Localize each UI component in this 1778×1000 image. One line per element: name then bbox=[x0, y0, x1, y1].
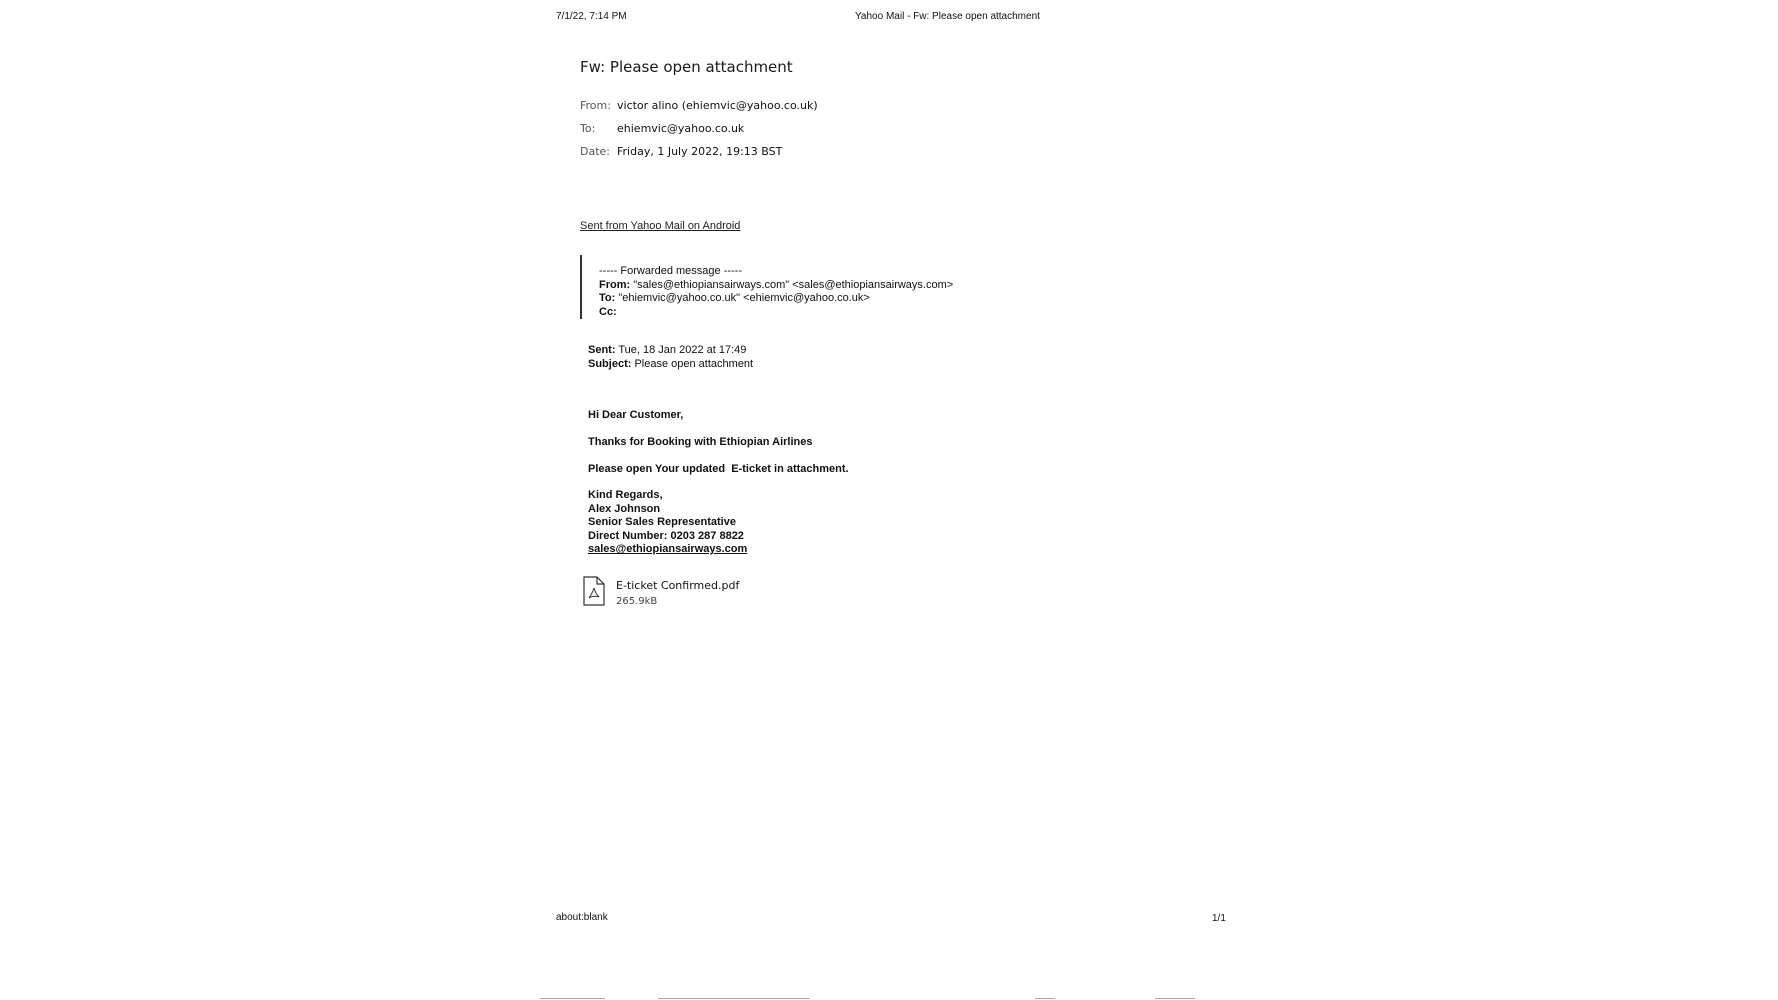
signature-title: Senior Sales Representative bbox=[588, 516, 747, 530]
to-label: To: bbox=[580, 122, 595, 135]
to-value: ehiemvic@yahoo.co.uk bbox=[617, 122, 744, 135]
pdf-file-icon[interactable] bbox=[582, 576, 606, 606]
forwarded-subject-label: Subject: bbox=[588, 358, 631, 370]
date-value: Friday, 1 July 2022, 19:13 BST bbox=[617, 145, 782, 158]
scan-artifact bbox=[1035, 998, 1055, 999]
signature-email-link[interactable]: sales@ethiopiansairways.com bbox=[588, 543, 747, 557]
date-label: Date: bbox=[580, 145, 610, 158]
forwarded-to: To: "ehiemvic@yahoo.co.uk" <ehiemvic@yah… bbox=[599, 292, 953, 306]
attachment-filename[interactable]: E-ticket Confirmed.pdf bbox=[616, 579, 739, 592]
forwarded-from-label: From: bbox=[599, 279, 630, 291]
forwarded-block: ----- Forwarded message ----- From: "sal… bbox=[599, 265, 953, 319]
forwarded-sent-label: Sent: bbox=[588, 344, 616, 356]
forwarded-cc-label: Cc: bbox=[599, 306, 617, 318]
signature-name: Alex Johnson bbox=[588, 503, 747, 517]
forwarded-subject-value: Please open attachment bbox=[634, 358, 753, 370]
forwarded-header: ----- Forwarded message ----- bbox=[599, 265, 953, 279]
from-label: From: bbox=[580, 99, 611, 112]
signature-block: Kind Regards, Alex Johnson Senior Sales … bbox=[588, 489, 747, 557]
signature-phone: Direct Number: 0203 287 8822 bbox=[588, 530, 747, 544]
scan-artifact bbox=[658, 998, 810, 999]
forwarded-sent: Sent: Tue, 18 Jan 2022 at 17:49 bbox=[588, 344, 753, 358]
body-line-1: Thanks for Booking with Ethiopian Airlin… bbox=[588, 436, 813, 448]
forwarded-sent-block: Sent: Tue, 18 Jan 2022 at 17:49 Subject:… bbox=[588, 344, 753, 371]
forwarded-from-value: "sales@ethiopiansairways.com" <sales@eth… bbox=[633, 279, 953, 291]
print-page-title: Yahoo Mail - Fw: Please open attachment bbox=[855, 11, 1040, 22]
forwarded-to-label: To: bbox=[599, 292, 615, 304]
signature-regards: Kind Regards, bbox=[588, 489, 747, 503]
forwarded-to-value: "ehiemvic@yahoo.co.uk" <ehiemvic@yahoo.c… bbox=[618, 292, 870, 304]
email-subject: Fw: Please open attachment bbox=[580, 58, 793, 76]
print-footer-page: 1/1 bbox=[1212, 913, 1226, 924]
forwarded-cc: Cc: bbox=[599, 306, 953, 320]
scan-artifact bbox=[1155, 998, 1195, 999]
forwarded-sent-value: Tue, 18 Jan 2022 at 17:49 bbox=[618, 344, 746, 356]
print-datetime: 7/1/22, 7:14 PM bbox=[556, 11, 627, 22]
from-value: victor alino (ehiemvic@yahoo.co.uk) bbox=[617, 99, 818, 112]
body-line-2: Please open Your updated E-ticket in att… bbox=[588, 463, 849, 475]
scan-artifact bbox=[540, 998, 605, 999]
forwarded-from: From: "sales@ethiopiansairways.com" <sal… bbox=[599, 279, 953, 293]
quote-bar bbox=[580, 255, 582, 319]
sent-from-yahoo-link[interactable]: Sent from Yahoo Mail on Android bbox=[580, 220, 740, 232]
attachment-size: 265.9kB bbox=[616, 596, 657, 607]
forwarded-subject: Subject: Please open attachment bbox=[588, 358, 753, 372]
body-greeting: Hi Dear Customer, bbox=[588, 409, 683, 421]
print-footer-url: about:blank bbox=[556, 912, 608, 923]
